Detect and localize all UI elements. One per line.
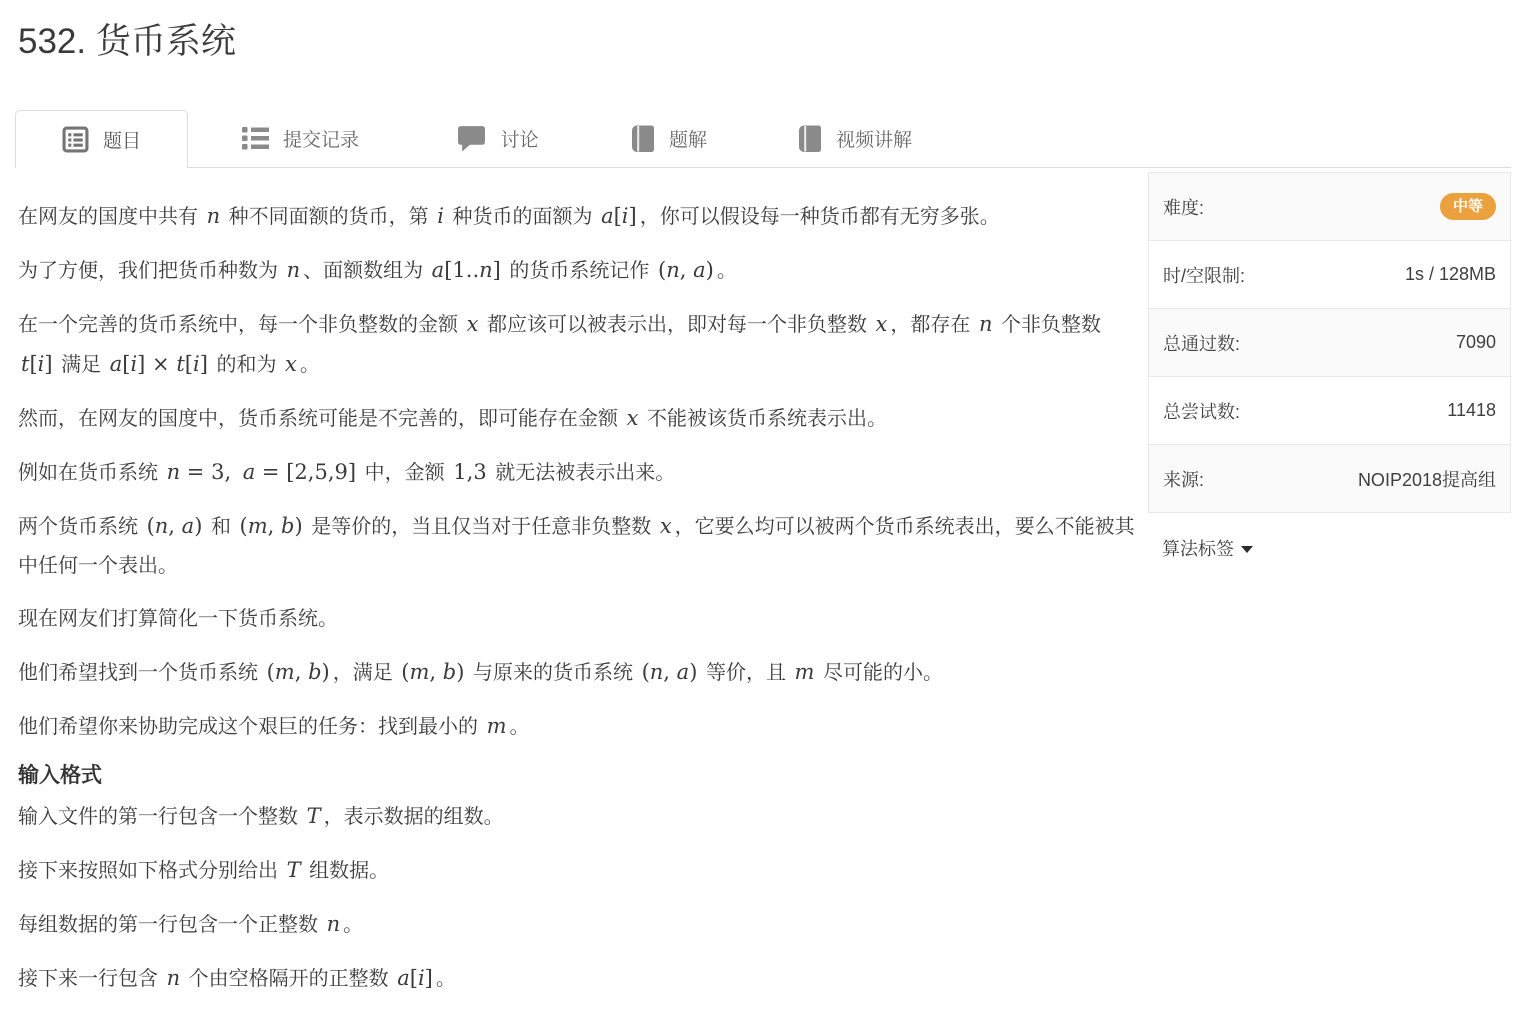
page-title: 532. 货币系统 [18, 14, 236, 64]
total-accepted-row: 总通过数: 7090 [1149, 309, 1510, 377]
problem-paragraph: 现在网友们打算简化一下货币系统。 [18, 600, 1138, 639]
chevron-down-icon [1241, 546, 1253, 553]
math-expression: (m, b) [264, 660, 333, 684]
tab-problem[interactable]: 题目 [15, 110, 188, 168]
tab-submissions[interactable]: 提交记录 [188, 110, 413, 167]
math-expression: t[i] [18, 352, 56, 376]
total-accepted-value: 7090 [1456, 332, 1496, 353]
math-expression: x [282, 352, 300, 376]
math-expression: m [484, 714, 510, 738]
math-expression: n [284, 258, 304, 282]
problem-paragraph: 每组数据的第一行包含一个正整数 n。 [18, 905, 1138, 945]
source-label: 来源: [1163, 466, 1204, 492]
math-expression: (m, b) [237, 514, 306, 538]
math-expression: (n, a) [639, 660, 701, 684]
time-space-limit-row: 时/空限制: 1s / 128MB [1149, 241, 1510, 309]
problem-paragraph: 例如在货币系统 n = 3, a = [2,5,9] 中，金额 1,3 就无法被… [18, 453, 1138, 493]
problem-paragraph: 接下来按照如下格式分别给出 T 组数据。 [18, 851, 1138, 891]
info-panel: 难度: 中等 时/空限制: 1s / 128MB 总通过数: 7090 总尝试数… [1148, 172, 1511, 583]
list-alt-icon [62, 126, 89, 153]
tab-problem-label: 题目 [103, 126, 141, 153]
problem-body: 在网友的国度中共有 n 种不同面额的货币，第 i 种货币的面额为 a[i]，你可… [18, 197, 1138, 1013]
math-expression: m [792, 660, 818, 684]
math-expression: a[i] [394, 966, 436, 990]
book-icon [798, 125, 822, 153]
tab-discussion[interactable]: 讨论 [413, 110, 583, 167]
problem-page: 532. 货币系统 题目 [0, 0, 1526, 1026]
math-expression: (n, a) [655, 258, 717, 282]
math-expression: n [976, 312, 996, 336]
comment-icon [457, 125, 486, 152]
problem-paragraph: 他们希望找到一个货币系统 (m, b)，满足 (m, b) 与原来的货币系统 (… [18, 653, 1138, 693]
problem-paragraph: 在网友的国度中共有 n 种不同面额的货币，第 i 种货币的面额为 a[i]，你可… [18, 197, 1138, 237]
problem-paragraph: 他们希望你来协助完成这个艰巨的任务：找到最小的 m。 [18, 707, 1138, 747]
problem-paragraph: 然而，在网友的国度中，货币系统可能是不完善的，即可能存在金额 x 不能被该货币系… [18, 399, 1138, 439]
math-expression: (n, a) [144, 514, 206, 538]
algorithm-tags-toggle[interactable]: 算法标签 [1148, 513, 1511, 583]
math-expression: T [304, 804, 324, 828]
total-accepted-label: 总通过数: [1163, 330, 1240, 356]
math-expression: x [624, 406, 642, 430]
math-expression: a = [2,5,9] [240, 460, 359, 484]
source-row: 来源: NOIP2018提高组 [1149, 445, 1510, 513]
tab-bar: 题目 提交记录 讨论 [15, 110, 1511, 168]
problem-paragraph: 两个货币系统 (n, a) 和 (m, b) 是等价的，当且仅当对于任意非负整数… [18, 507, 1138, 586]
section-heading: 输入格式 [18, 761, 1138, 791]
math-expression: x [657, 514, 675, 538]
time-space-limit-label: 时/空限制: [1163, 262, 1245, 288]
math-expression: i [434, 204, 447, 228]
difficulty-badge: 中等 [1440, 193, 1496, 220]
math-expression: a[1..n] [429, 258, 504, 282]
problem-paragraph: 接下来一行包含 n 个由空格隔开的正整数 a[i]。 [18, 959, 1138, 999]
math-expression: 1,3 [450, 460, 489, 484]
problem-paragraph: 为了方便，我们把货币种数为 n、面额数组为 a[1..n] 的货币系统记作 (n… [18, 251, 1138, 291]
time-space-limit-value: 1s / 128MB [1405, 264, 1496, 285]
info-table: 难度: 中等 时/空限制: 1s / 128MB 总通过数: 7090 总尝试数… [1148, 172, 1511, 513]
list-icon [242, 127, 269, 150]
tab-video-tutorial[interactable]: 视频讲解 [755, 110, 955, 167]
tab-submissions-label: 提交记录 [283, 125, 359, 152]
math-expression: x [464, 312, 482, 336]
total-attempts-row: 总尝试数: 11418 [1149, 377, 1510, 445]
math-expression: (m, b) [398, 660, 467, 684]
math-expression: n [324, 912, 344, 936]
math-expression: n = 3, [164, 460, 235, 484]
difficulty-row: 难度: 中等 [1149, 173, 1510, 241]
tab-solutions-label: 题解 [669, 125, 707, 152]
problem-paragraph: 在一个完善的货币系统中，每一个非负整数的金额 x 都应该可以被表示出，即对每一个… [18, 305, 1138, 385]
total-attempts-label: 总尝试数: [1163, 398, 1240, 424]
tab-solutions[interactable]: 题解 [583, 110, 755, 167]
math-expression: a[i] [598, 204, 640, 228]
source-value: NOIP2018提高组 [1358, 466, 1496, 492]
algorithm-tags-label: 算法标签 [1162, 535, 1234, 561]
math-expression: a[i] × t[i] [107, 352, 211, 376]
problem-paragraph: 输入文件的第一行包含一个整数 T，表示数据的组数。 [18, 797, 1138, 837]
math-expression: n [164, 966, 184, 990]
tab-discussion-label: 讨论 [500, 125, 538, 152]
math-expression: n [204, 204, 224, 228]
book-icon [631, 125, 655, 153]
tab-video-tutorial-label: 视频讲解 [836, 125, 912, 152]
math-expression: x [873, 312, 891, 336]
math-expression: T [284, 858, 304, 882]
total-attempts-value: 11418 [1447, 400, 1496, 421]
difficulty-label: 难度: [1163, 194, 1204, 220]
